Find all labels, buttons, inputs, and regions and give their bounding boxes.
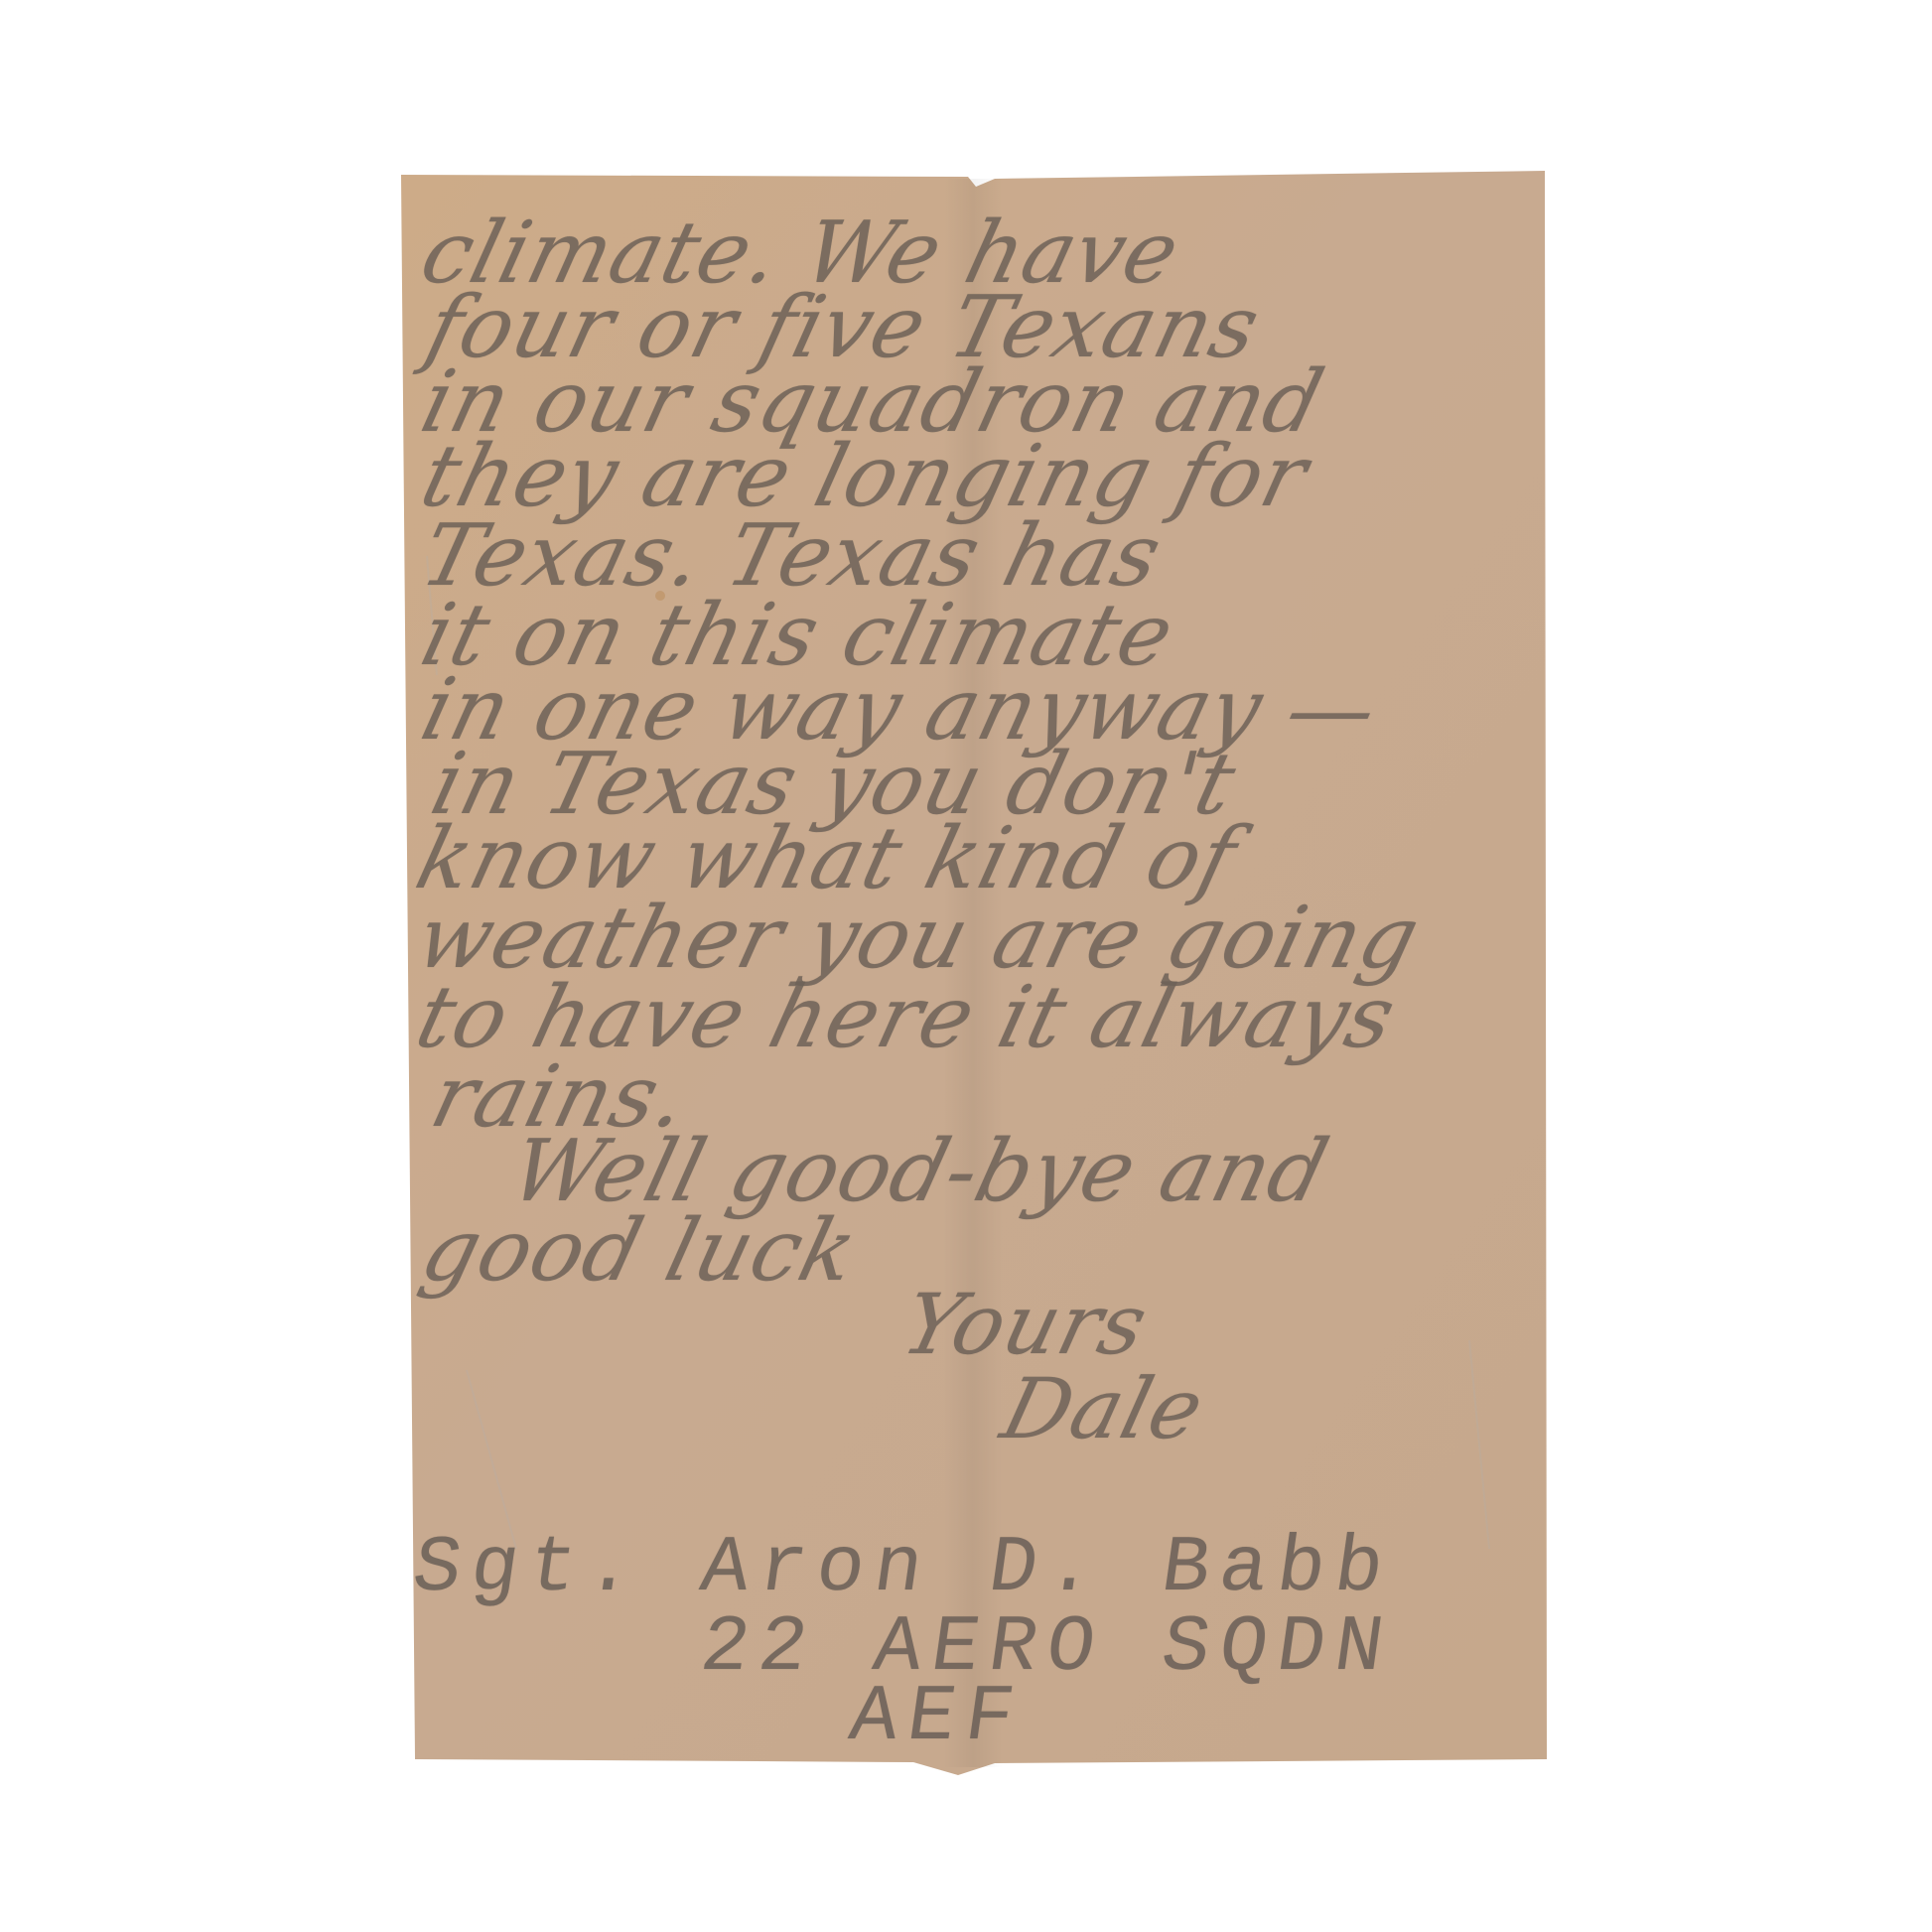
letter-closing: Yours: [894, 1276, 1158, 1373]
letter-line: good luck: [412, 1201, 867, 1301]
letter-content: climate. We have four or five Texans in …: [407, 184, 1549, 1762]
return-address-force: AEF: [844, 1673, 1030, 1763]
letter-signature: Dale: [993, 1360, 1213, 1457]
return-address-name: Sgt. Aron D. Babb: [407, 1524, 1399, 1614]
return-address-unit: 22 AERO SQDN: [695, 1603, 1399, 1694]
